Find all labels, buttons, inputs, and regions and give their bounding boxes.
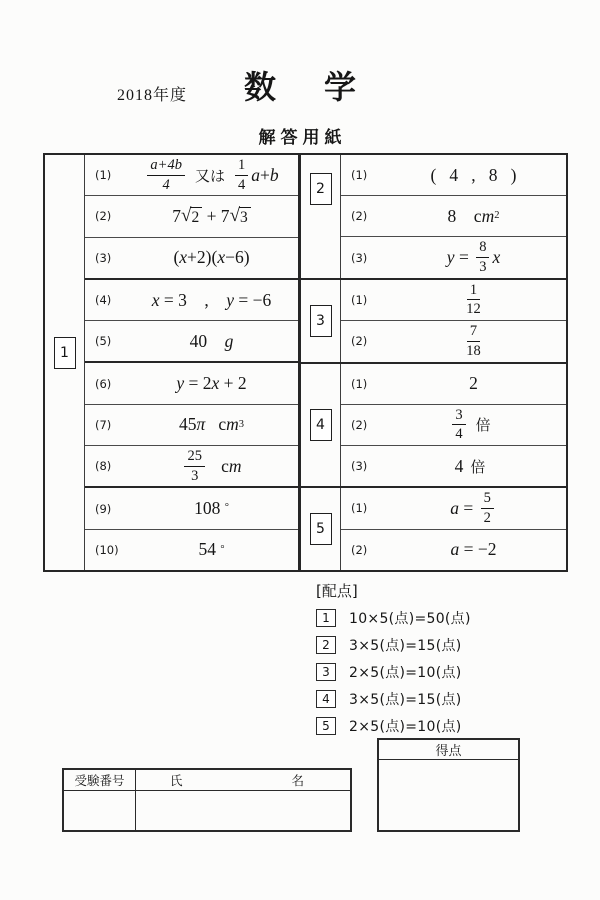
answer-value: 4倍 xyxy=(393,456,566,477)
answer-value: 8 cm2 xyxy=(393,206,566,227)
examinee-table-header: 受験番号 氏 名 xyxy=(64,770,350,791)
name-label-shi: 氏 xyxy=(170,771,183,789)
scoring-text: 2×5(点)=10(点) xyxy=(349,662,462,682)
problem3-box-column: 3 xyxy=(301,280,341,362)
problem2-rows: (1)( 4 , 8 ) (2)8 cm2 (3)y = 83x xyxy=(341,155,566,278)
problem-number-box-1: 1 xyxy=(54,337,76,369)
question-number: (6) xyxy=(85,377,137,391)
examinee-table-body xyxy=(64,791,350,830)
problem1-section: 1 (1)a+4b4又は14a+b (2)7√2 + 7√3 (3)(x+2)(… xyxy=(45,155,301,570)
answer-value: 40 g xyxy=(137,331,298,352)
problem4-rows: (1)2 (2)34倍 (3)4倍 xyxy=(341,364,566,487)
examinee-table: 受験番号 氏 名 xyxy=(62,768,352,832)
problem3-rows: (1)112 (2)718 xyxy=(341,280,566,362)
scoring-text: 10×5(点)=50(点) xyxy=(349,608,471,628)
scoring-box-number: 2 xyxy=(316,636,336,654)
question-number: (1) xyxy=(341,501,393,515)
problem1-box-column: 1 xyxy=(45,155,85,570)
problems2-5-section: 2 (1)( 4 , 8 ) (2)8 cm2 (3)y = 83x 3 (1)… xyxy=(301,155,566,570)
answer-row: (4)x = 3 , y = −6 xyxy=(85,278,298,320)
answer-row: (2)718 xyxy=(341,320,566,361)
problem2-box-column: 2 xyxy=(301,155,341,278)
answer-value: x = 3 , y = −6 xyxy=(137,290,298,311)
scoring-box-number: 4 xyxy=(316,690,336,708)
answer-row: (6)y = 2x + 2 xyxy=(85,361,298,403)
scoring-box-number: 3 xyxy=(316,663,336,681)
question-number: (1) xyxy=(341,293,393,307)
scoring-text: 3×5(点)=15(点) xyxy=(349,635,462,655)
answer-row: (1)( 4 , 8 ) xyxy=(341,155,566,195)
question-number: (3) xyxy=(341,251,393,265)
answer-value: 253 cm xyxy=(137,448,298,484)
scoring-item: 110×5(点)=50(点) xyxy=(316,608,471,628)
scoring-text: 3×5(点)=15(点) xyxy=(349,689,462,709)
answer-row: (8)253 cm xyxy=(85,445,298,486)
problem1-rows: (1)a+4b4又は14a+b (2)7√2 + 7√3 (3)(x+2)(x−… xyxy=(85,155,298,570)
problem-number-box-5: 5 xyxy=(310,513,332,545)
scoring-box-number: 5 xyxy=(316,717,336,735)
answer-value: (x+2)(x−6) xyxy=(137,247,298,268)
score-box: 得点 xyxy=(377,738,520,832)
answer-row: (3)(x+2)(x−6) xyxy=(85,237,298,278)
answer-row: (3)y = 83x xyxy=(341,236,566,277)
question-number: (2) xyxy=(341,543,393,557)
answer-row: (1)112 xyxy=(341,280,566,320)
answer-row: (2)a = −2 xyxy=(341,529,566,570)
scoring-item: 43×5(点)=15(点) xyxy=(316,689,471,709)
scoring-text: 2×5(点)=10(点) xyxy=(349,716,462,736)
question-number: (8) xyxy=(85,459,137,473)
answer-value: a = 52 xyxy=(393,490,566,526)
question-number: (2) xyxy=(341,334,393,348)
problem5-rows: (1)a = 52 (2)a = −2 xyxy=(341,488,566,570)
problem-number-box-3: 3 xyxy=(310,305,332,337)
answer-value: 2 xyxy=(393,373,566,394)
scoring-item: 52×5(点)=10(点) xyxy=(316,716,471,736)
question-number: (7) xyxy=(85,418,137,432)
answer-value: a = −2 xyxy=(393,539,566,560)
question-number: (1) xyxy=(85,168,137,182)
question-number: (2) xyxy=(341,209,393,223)
question-number: (1) xyxy=(341,377,393,391)
exam-title: 数 学 xyxy=(0,62,600,108)
sheet-subtitle: 解答用紙 xyxy=(0,123,600,148)
question-number: (2) xyxy=(85,209,137,223)
score-cell xyxy=(379,760,518,830)
scoring-item: 23×5(点)=15(点) xyxy=(316,635,471,655)
answer-row: (10)54 ° xyxy=(85,529,298,570)
question-number: (9) xyxy=(85,502,137,516)
answer-row: (5)40 g xyxy=(85,320,298,361)
answer-row: (7)45π cm3 xyxy=(85,404,298,445)
question-number: (3) xyxy=(341,459,393,473)
answer-value: 112 xyxy=(393,282,566,318)
answer-value: 108 ° xyxy=(137,498,298,519)
answer-table: 1 (1)a+4b4又は14a+b (2)7√2 + 7√3 (3)(x+2)(… xyxy=(43,153,568,572)
problem2-group: 2 (1)( 4 , 8 ) (2)8 cm2 (3)y = 83x xyxy=(301,155,566,278)
question-number: (1) xyxy=(341,168,393,182)
scoring-item: 32×5(点)=10(点) xyxy=(316,662,471,682)
answer-value: 45π cm3 xyxy=(137,414,298,435)
problem5-group: 5 (1)a = 52 (2)a = −2 xyxy=(301,486,566,570)
exam-number-header: 受験番号 xyxy=(64,770,136,790)
scoring-title: [配点] xyxy=(316,580,471,601)
answer-value: ( 4 , 8 ) xyxy=(393,165,566,186)
answer-row: (1)2 xyxy=(341,364,566,404)
problem3-group: 3 (1)112 (2)718 xyxy=(301,278,566,362)
problem4-group: 4 (1)2 (2)34倍 (3)4倍 xyxy=(301,362,566,487)
exam-number-cell xyxy=(64,791,136,830)
question-number: (10) xyxy=(85,543,137,557)
answer-row: (2)8 cm2 xyxy=(341,195,566,236)
answer-value: 54 ° xyxy=(137,539,298,560)
problem5-box-column: 5 xyxy=(301,488,341,570)
answer-row: (2)34倍 xyxy=(341,404,566,445)
question-number: (5) xyxy=(85,334,137,348)
answer-row: (1)a = 52 xyxy=(341,488,566,528)
name-label-mei: 名 xyxy=(291,771,304,789)
answer-value: a+4b4又は14a+b xyxy=(137,157,298,193)
answer-value: 718 xyxy=(393,323,566,359)
problem4-box-column: 4 xyxy=(301,364,341,487)
answer-row: (9)108 ° xyxy=(85,486,298,528)
answer-row: (1)a+4b4又は14a+b xyxy=(85,155,298,195)
answer-row: (3)4倍 xyxy=(341,445,566,486)
name-cell xyxy=(136,791,350,830)
answer-value: y = 83x xyxy=(393,239,566,275)
problem-number-box-2: 2 xyxy=(310,173,332,205)
problem-number-box-4: 4 xyxy=(310,409,332,441)
question-number: (3) xyxy=(85,251,137,265)
scoring-box-number: 1 xyxy=(316,609,336,627)
score-header: 得点 xyxy=(379,740,518,760)
name-header: 氏 名 xyxy=(136,770,350,790)
question-number: (2) xyxy=(341,418,393,432)
answer-sheet-page: 2018年度 数 学 解答用紙 1 (1)a+4b4又は14a+b (2)7√2… xyxy=(0,0,600,900)
answer-row: (2)7√2 + 7√3 xyxy=(85,195,298,236)
scoring-section: [配点] 110×5(点)=50(点) 23×5(点)=15(点) 32×5(点… xyxy=(316,580,471,736)
answer-value: y = 2x + 2 xyxy=(137,373,298,394)
answer-value: 34倍 xyxy=(393,407,566,443)
answer-value: 7√2 + 7√3 xyxy=(137,206,298,227)
question-number: (4) xyxy=(85,293,137,307)
